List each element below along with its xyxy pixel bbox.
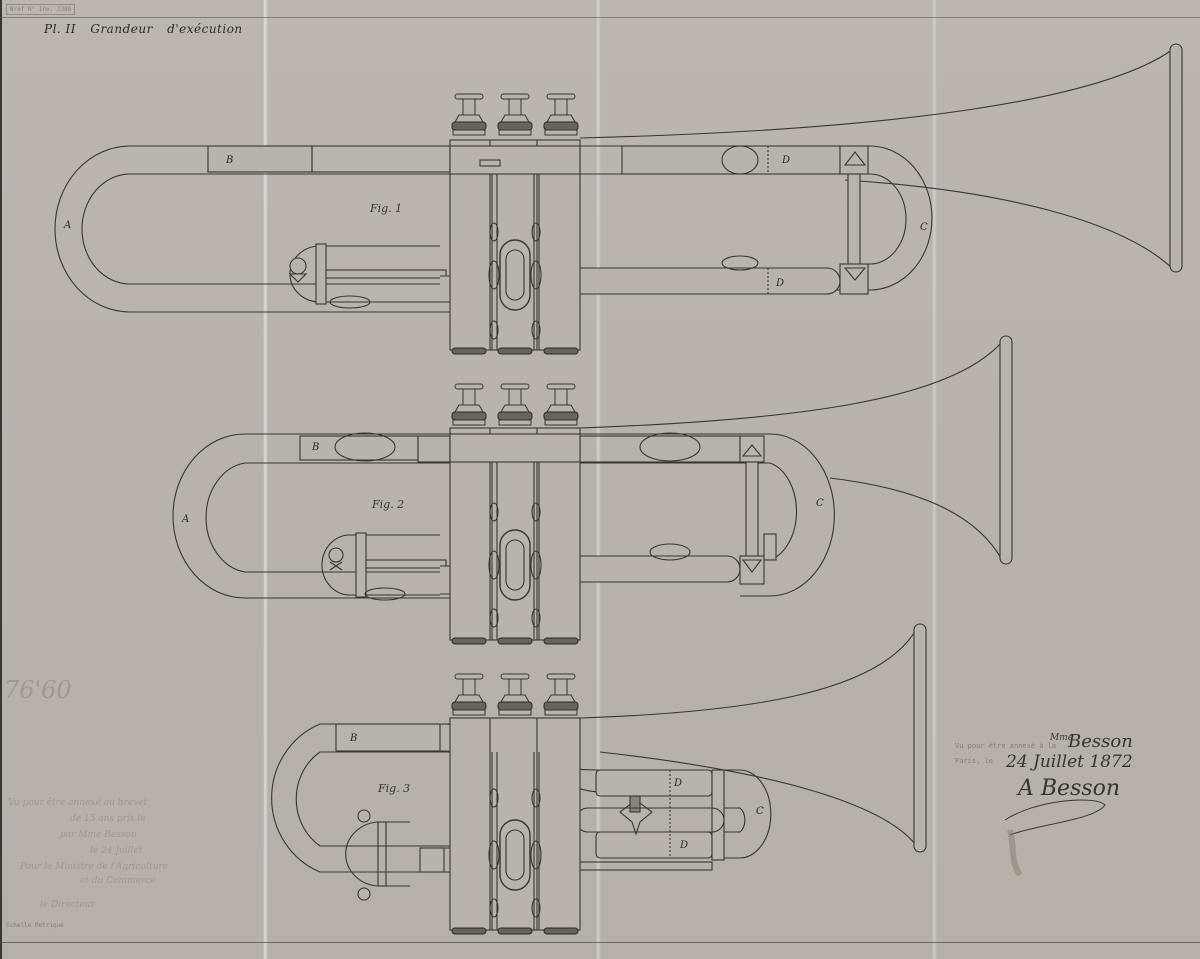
- fig3-caption: Fig. 3: [377, 782, 410, 795]
- margin-note-line-1: Vu pour être annexé au brevet: [8, 798, 147, 808]
- margin-note-line-2: de 15 ans pris le: [70, 814, 146, 824]
- fig2-caption: Fig. 2: [371, 498, 404, 511]
- applicant-name: Besson: [1068, 731, 1133, 752]
- fig3-label-d-lower: D: [679, 840, 688, 851]
- figure-2-trumpet: [173, 336, 1012, 640]
- official-stamp-line-2: Paris, le: [955, 757, 993, 765]
- figure-1-trumpet: [55, 44, 1182, 350]
- signature-date: 24 Juillet 1872: [1006, 752, 1133, 772]
- fig1-label-c: C: [920, 222, 928, 233]
- margin-note-line-4: le 24 Juillet: [90, 846, 142, 856]
- fig1-label-d-upper: D: [781, 155, 790, 166]
- margin-note-line-6: et du Commerce: [80, 876, 156, 886]
- fig2-label-c: C: [816, 498, 824, 509]
- margin-note-line-7: le Directeur: [40, 900, 95, 910]
- fig2-label-a: A: [181, 514, 189, 525]
- signature-flourish: [995, 790, 1115, 890]
- fig1-label-a: A: [63, 220, 71, 231]
- fig1-label-b: B: [225, 155, 233, 166]
- official-stamp-line-1: Vu pour être annexé à la: [955, 742, 1056, 750]
- margin-number: 76'60: [4, 676, 72, 704]
- fig3-label-c: C: [756, 806, 764, 817]
- figure-3-trumpet: [272, 624, 926, 930]
- margin-note-line-5: Pour le Ministre de l'Agriculture: [20, 862, 168, 872]
- fig3-label-b: B: [349, 733, 357, 744]
- margin-note-line-3: par Mme Besson: [60, 830, 137, 840]
- fig2-label-b: B: [311, 442, 319, 453]
- fig1-label-d-lower: D: [775, 278, 784, 289]
- fig3-label-d-upper: D: [673, 778, 682, 789]
- fig1-caption: Fig. 1: [369, 202, 402, 215]
